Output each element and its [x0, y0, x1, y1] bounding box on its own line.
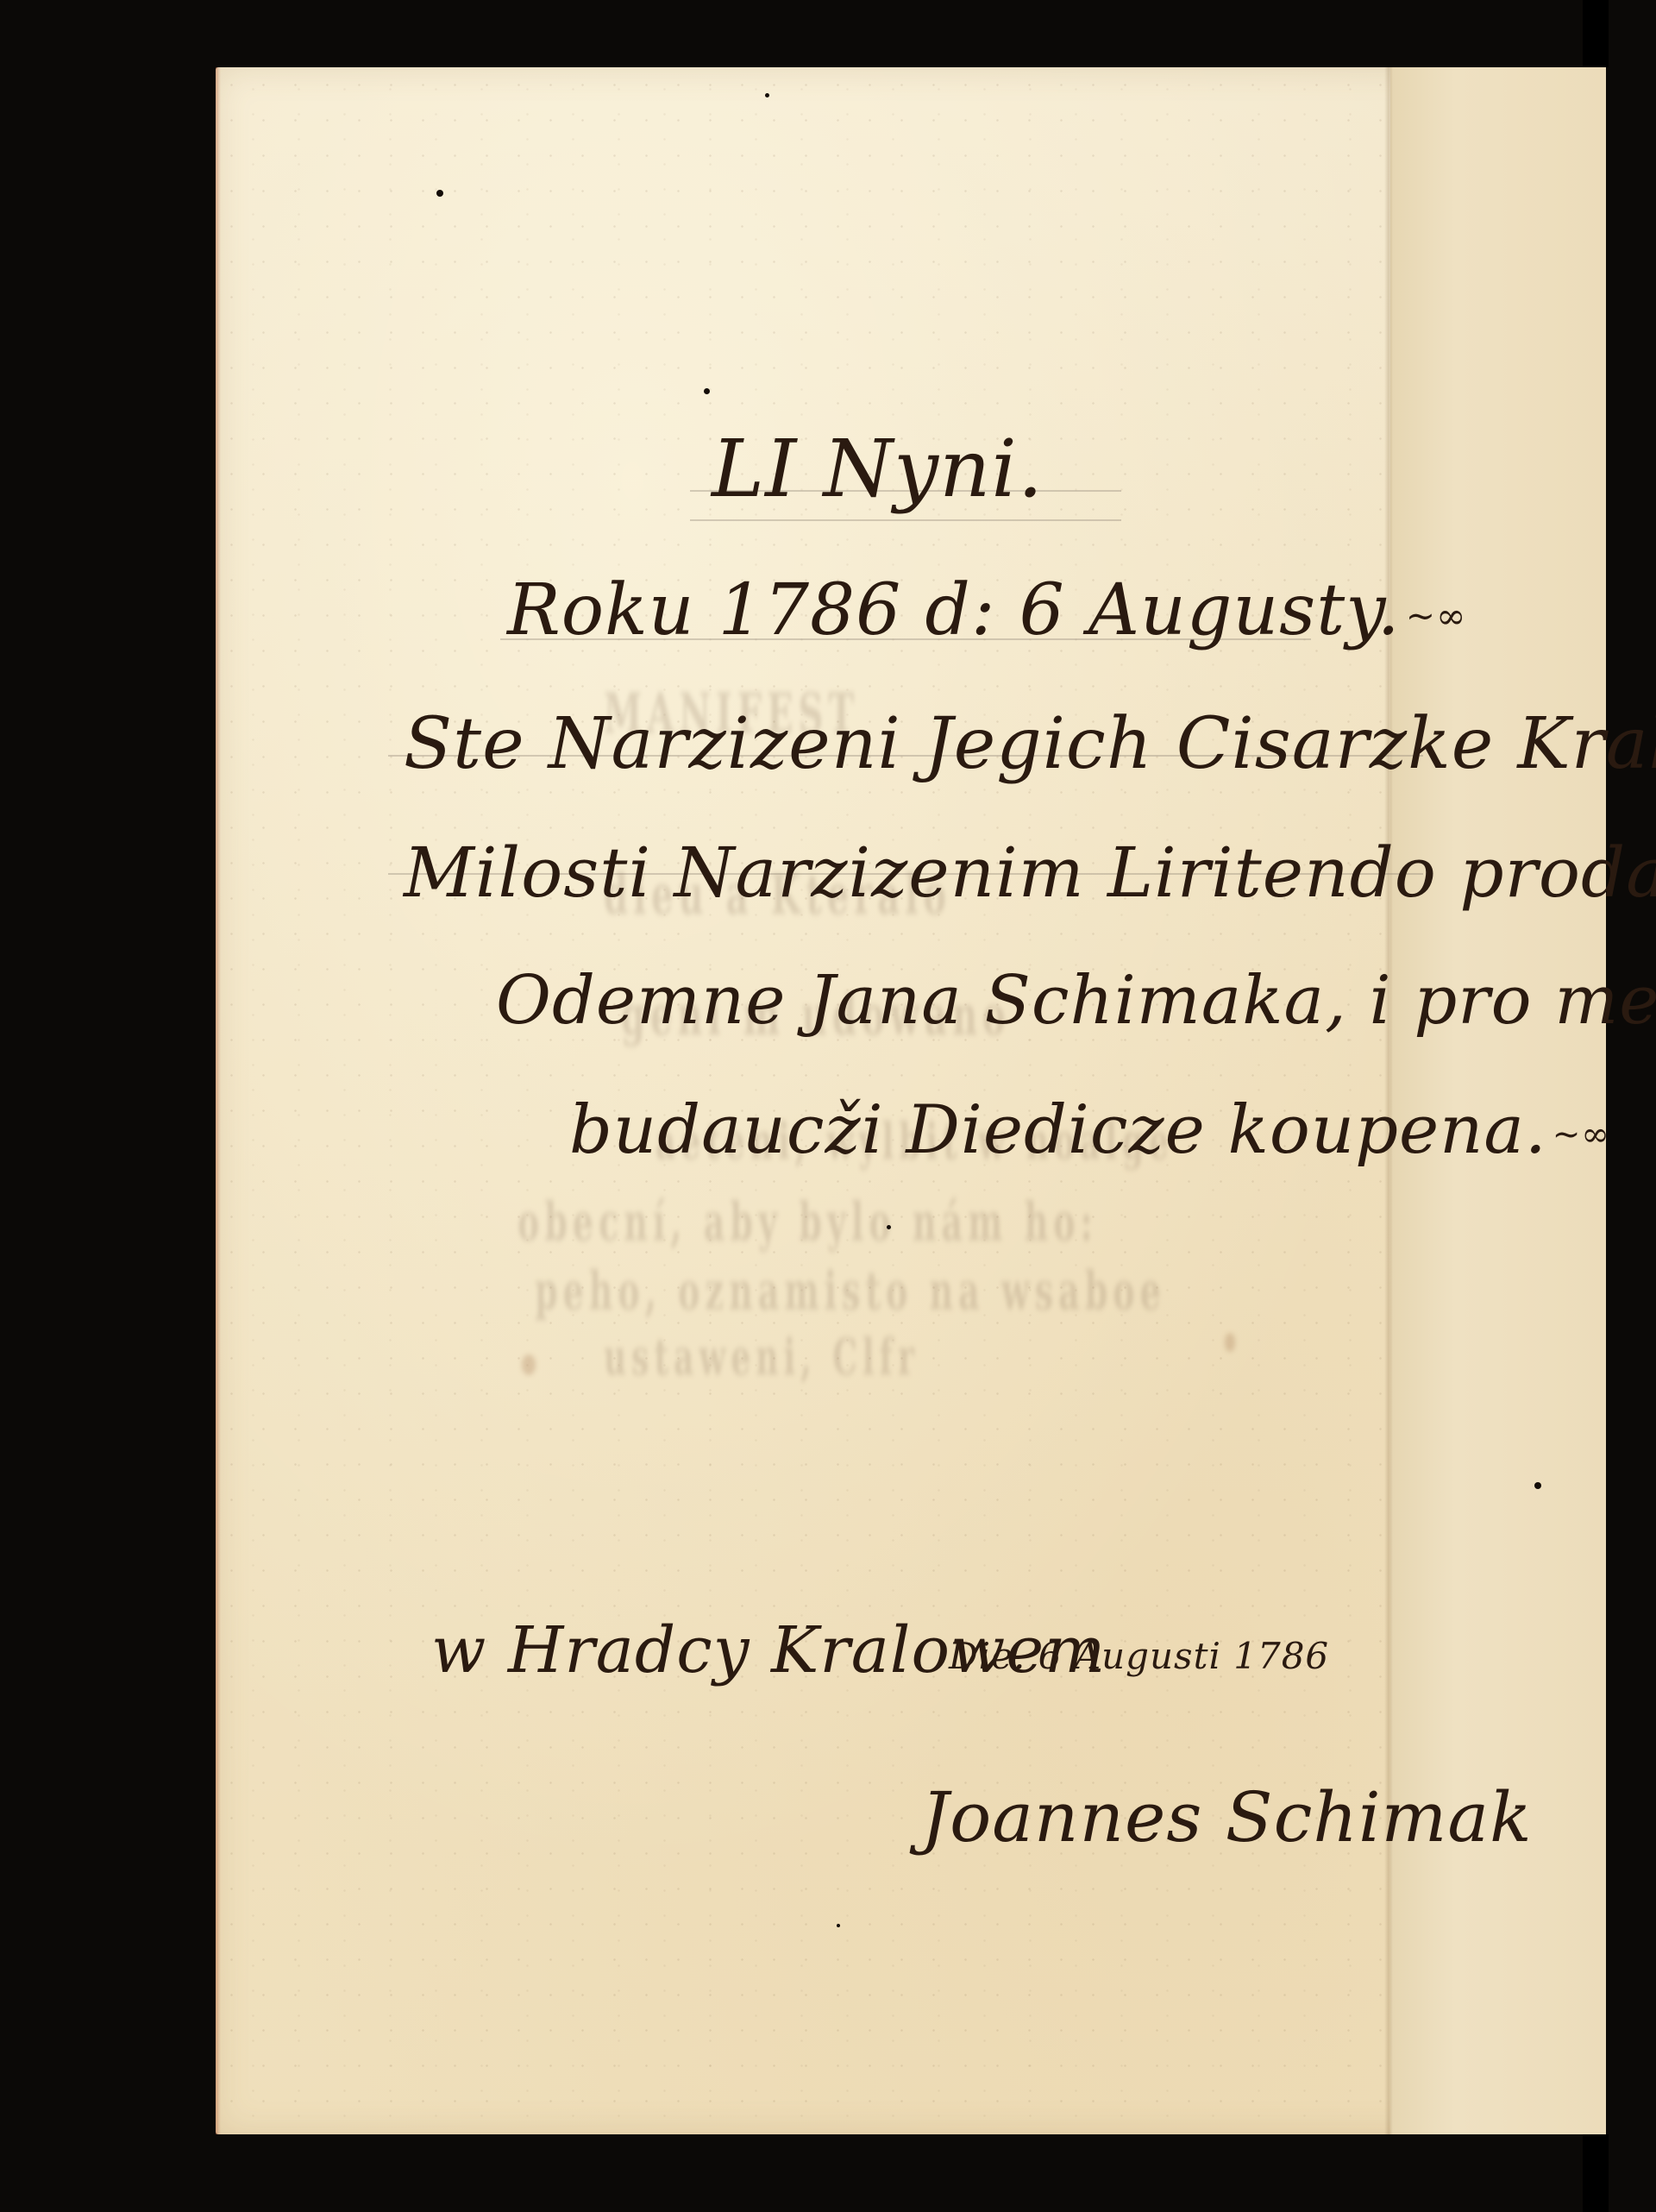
binding-shadow-bottom: [1583, 2134, 1609, 2212]
ink-dot: [765, 93, 769, 97]
bleed-through-line: obecní, aby bylo nám ho:: [517, 1191, 1098, 1253]
scanned-manuscript: MANIFEST dieu a Kteralo geni m udowano a…: [0, 0, 1656, 2212]
manuscript-line-5: budaucži Diedicze koupena.~∞: [569, 1091, 1610, 1169]
date-line: Die. 6 Augusti 1786: [949, 1635, 1329, 1677]
line-text: budaucži Diedicze koupena.: [569, 1091, 1547, 1169]
bleed-through-line: peho, oznamisto na wsaboe: [535, 1260, 1166, 1322]
manuscript-line-2: Ste Narzizeni Jegich Cisarzke Kralowske: [404, 703, 1656, 785]
ink-dot: [704, 388, 710, 394]
bleed-through-line: ustaweni, Clfr: [604, 1329, 919, 1386]
paper-stain: [1225, 1333, 1235, 1352]
signature: Joannes Schimak: [921, 1777, 1533, 1857]
manuscript-line-1: Roku 1786 d: 6 Augusty.~∞: [507, 569, 1466, 651]
ink-dot: [436, 190, 443, 197]
manuscript-line-3: Milosti Narzizenim Liritendo prodana, a: [404, 833, 1656, 913]
flourish-icon: ~∞: [1406, 595, 1467, 637]
manuscript-line-4: Odemne Jana Schimaka, i pro me: [496, 962, 1656, 1040]
ink-dot: [1534, 1482, 1541, 1489]
line-text: Roku 1786 d: 6 Augusty.: [507, 569, 1401, 651]
flourish-icon: ~∞: [1552, 1115, 1610, 1154]
ink-dot: [837, 1924, 840, 1927]
ink-dot: [887, 1225, 891, 1229]
ruled-line: [690, 519, 1121, 521]
binding-shadow-top: [1583, 0, 1609, 67]
paper-stain: [522, 1354, 536, 1375]
page-edge: [216, 67, 221, 2134]
document-title: LI Nyni.: [712, 423, 1044, 515]
